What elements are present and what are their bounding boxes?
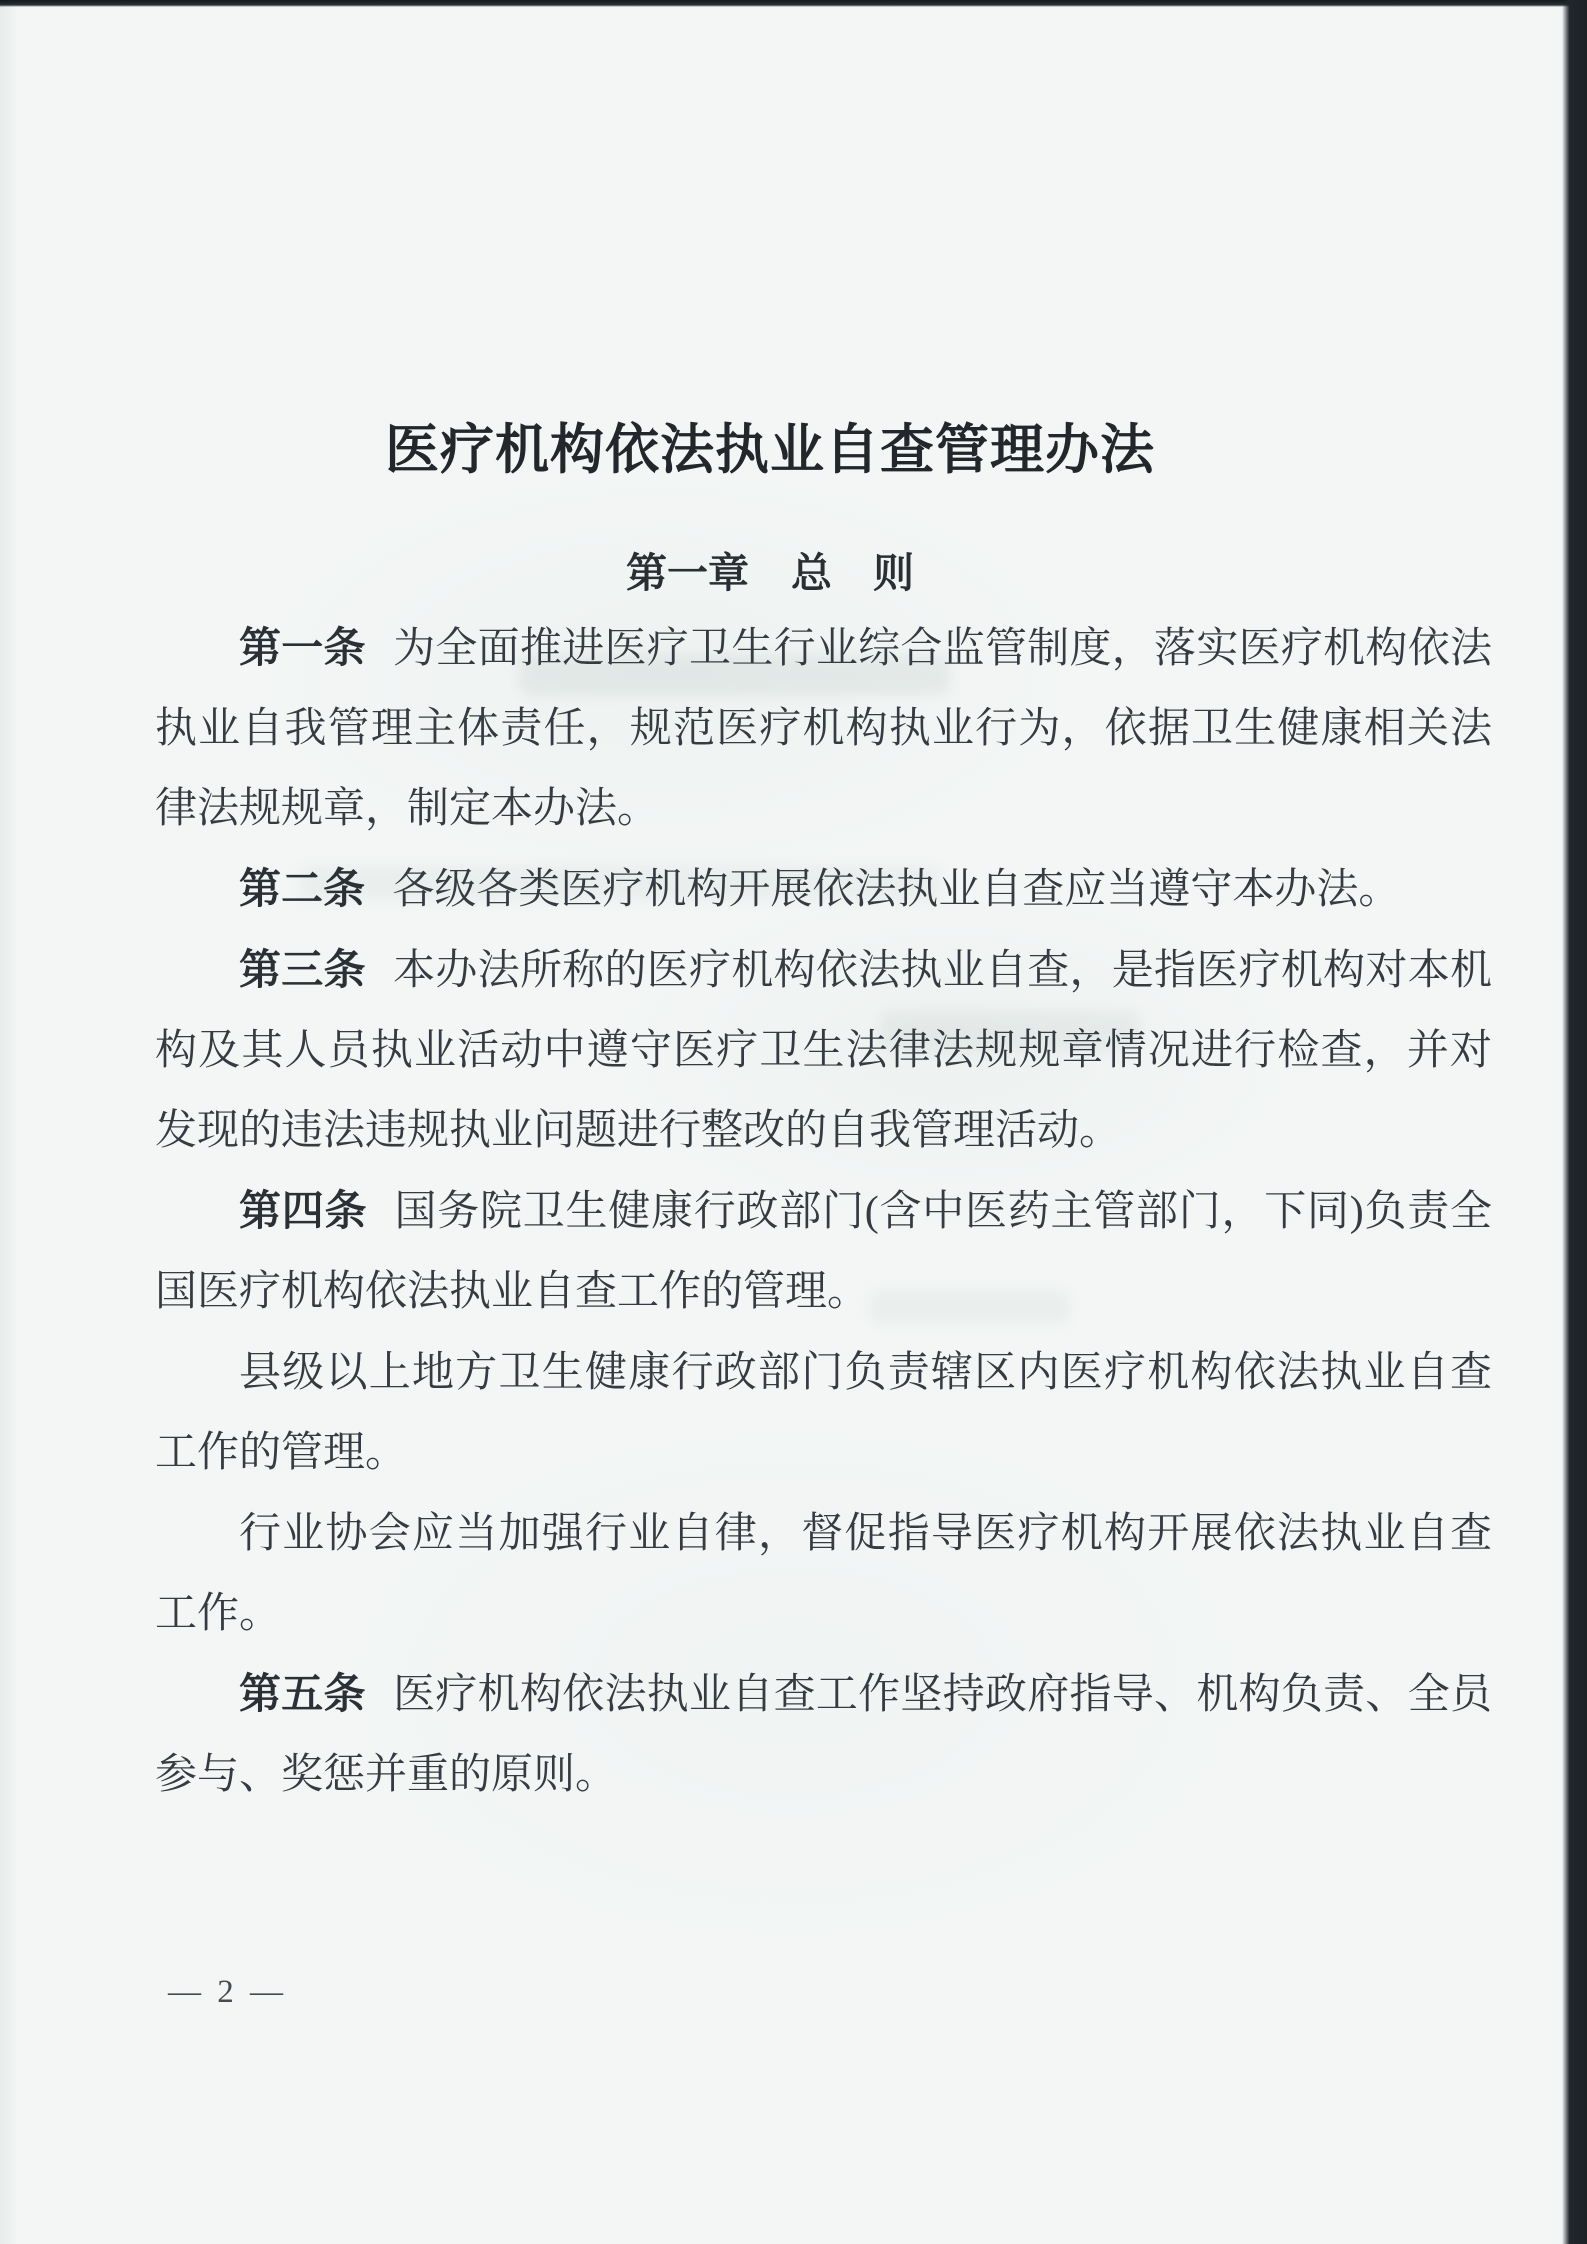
document-body: 第一条为全面推进医疗卫生行业综合监管制度，落实医疗机构依法执业自我管理主体责任，… [155, 608, 1492, 1815]
article-number: 第二条 [239, 865, 365, 912]
article-paragraph: 县级以上地方卫生健康行政部门负责辖区内医疗机构依法执业自查工作的管理。 [155, 1332, 1492, 1493]
article-number: 第四条 [239, 1187, 367, 1234]
chapter-name: 总 则 [791, 543, 914, 603]
article-paragraph: 第五条医疗机构依法执业自查工作坚持政府指导、机构负责、全员参与、奖惩并重的原则。 [155, 1654, 1492, 1815]
article-number: 第三条 [239, 946, 366, 993]
article-paragraph: 第三条本办法所称的医疗机构依法执业自查，是指医疗机构对本机构及其人员执业活动中遵… [155, 930, 1492, 1171]
article-paragraph: 行业协会应当加强行业自律，督促指导医疗机构开展依法执业自查工作。 [155, 1493, 1492, 1654]
page-number: — 2 — [168, 1972, 287, 2012]
article-number: 第五条 [239, 1670, 366, 1717]
document-title: 医疗机构依法执业自查管理办法 [120, 414, 1420, 486]
article-paragraph: 第一条为全面推进医疗卫生行业综合监管制度，落实医疗机构依法执业自我管理主体责任，… [155, 608, 1492, 849]
scanned-document-page: 医疗机构依法执业自查管理办法 第一章 总 则 第一条为全面推进医疗卫生行业综合监… [0, 0, 1587, 2244]
article-paragraph: 第二条各级各类医疗机构开展依法执业自查应当遵守本办法。 [155, 849, 1492, 930]
scan-edge-top [0, 0, 1587, 7]
article-paragraph: 第四条国务院卫生健康行政部门(含中医药主管部门，下同)负责全国医疗机构依法执业自… [155, 1171, 1492, 1332]
article-text: 各级各类医疗机构开展依法执业自查应当遵守本办法。 [392, 867, 1400, 913]
article-number: 第一条 [239, 624, 366, 671]
chapter-heading: 第一章 总 则 [120, 543, 1420, 603]
chapter-number: 第一章 [626, 543, 749, 603]
article-text: 行业协会应当加强行业自律，督促指导医疗机构开展依法执业自查工作。 [155, 1511, 1492, 1637]
article-text: 县级以上地方卫生健康行政部门负责辖区内医疗机构依法执业自查工作的管理。 [155, 1350, 1492, 1476]
scan-edge-right [1562, 0, 1587, 2244]
